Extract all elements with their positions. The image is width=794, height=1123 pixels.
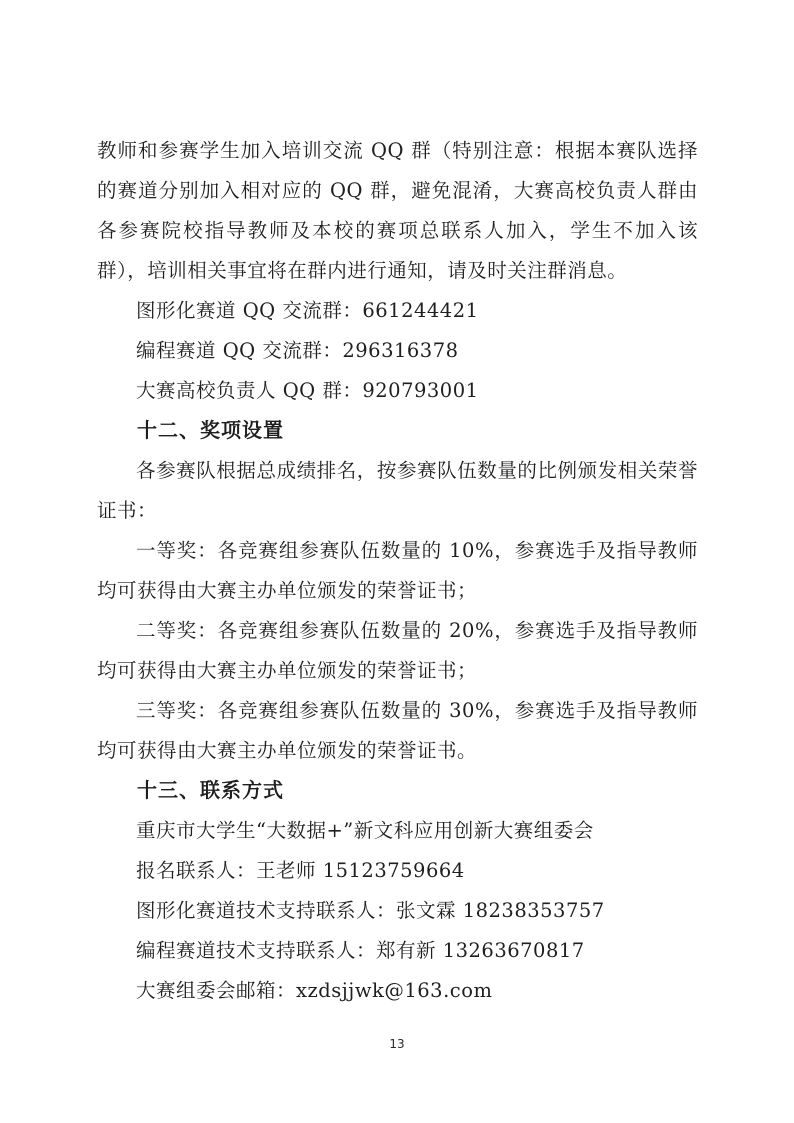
document-body: 教师和参赛学生加入培训交流 QQ 群（特别注意：根据本赛队选择的赛道分别加入相对… xyxy=(97,131,698,1011)
section-heading-contact: 十三、联系方式 xyxy=(97,771,698,811)
contact-programming-track-support: 编程赛道技术支持联系人：郑有新 13263670817 xyxy=(97,931,698,971)
qq-group-university-leads: 大赛高校负责人 QQ 群：920793001 xyxy=(97,371,698,411)
page-number: 13 xyxy=(0,1034,794,1054)
award-first-prize: 一等奖：各竞赛组参赛队伍数量的 10%，参赛选手及指导教师均可获得由大赛主办单位… xyxy=(97,531,698,611)
intro-paragraph: 教师和参赛学生加入培训交流 QQ 群（特别注意：根据本赛队选择的赛道分别加入相对… xyxy=(97,131,698,291)
section-heading-awards: 十二、奖项设置 xyxy=(97,411,698,451)
qq-group-programming-track: 编程赛道 QQ 交流群：296316378 xyxy=(97,331,698,371)
contact-committee-email: 大赛组委会邮箱：xzdsjjwk@163.com xyxy=(97,971,698,1011)
contact-registration: 报名联系人：王老师 15123759664 xyxy=(97,851,698,891)
award-third-prize: 三等奖：各竞赛组参赛队伍数量的 30%，参赛选手及指导教师均可获得由大赛主办单位… xyxy=(97,691,698,771)
awards-intro-paragraph: 各参赛队根据总成绩排名，按参赛队伍数量的比例颁发相关荣誉证书： xyxy=(97,451,698,531)
award-second-prize: 二等奖：各竞赛组参赛队伍数量的 20%，参赛选手及指导教师均可获得由大赛主办单位… xyxy=(97,611,698,691)
document-page: 教师和参赛学生加入培训交流 QQ 群（特别注意：根据本赛队选择的赛道分别加入相对… xyxy=(0,0,794,1123)
organizer-name: 重庆市大学生“大数据+”新文科应用创新大赛组委会 xyxy=(97,811,698,851)
qq-group-graphical-track: 图形化赛道 QQ 交流群：661244421 xyxy=(97,291,698,331)
contact-graphical-track-support: 图形化赛道技术支持联系人：张文霖 18238353757 xyxy=(97,891,698,931)
